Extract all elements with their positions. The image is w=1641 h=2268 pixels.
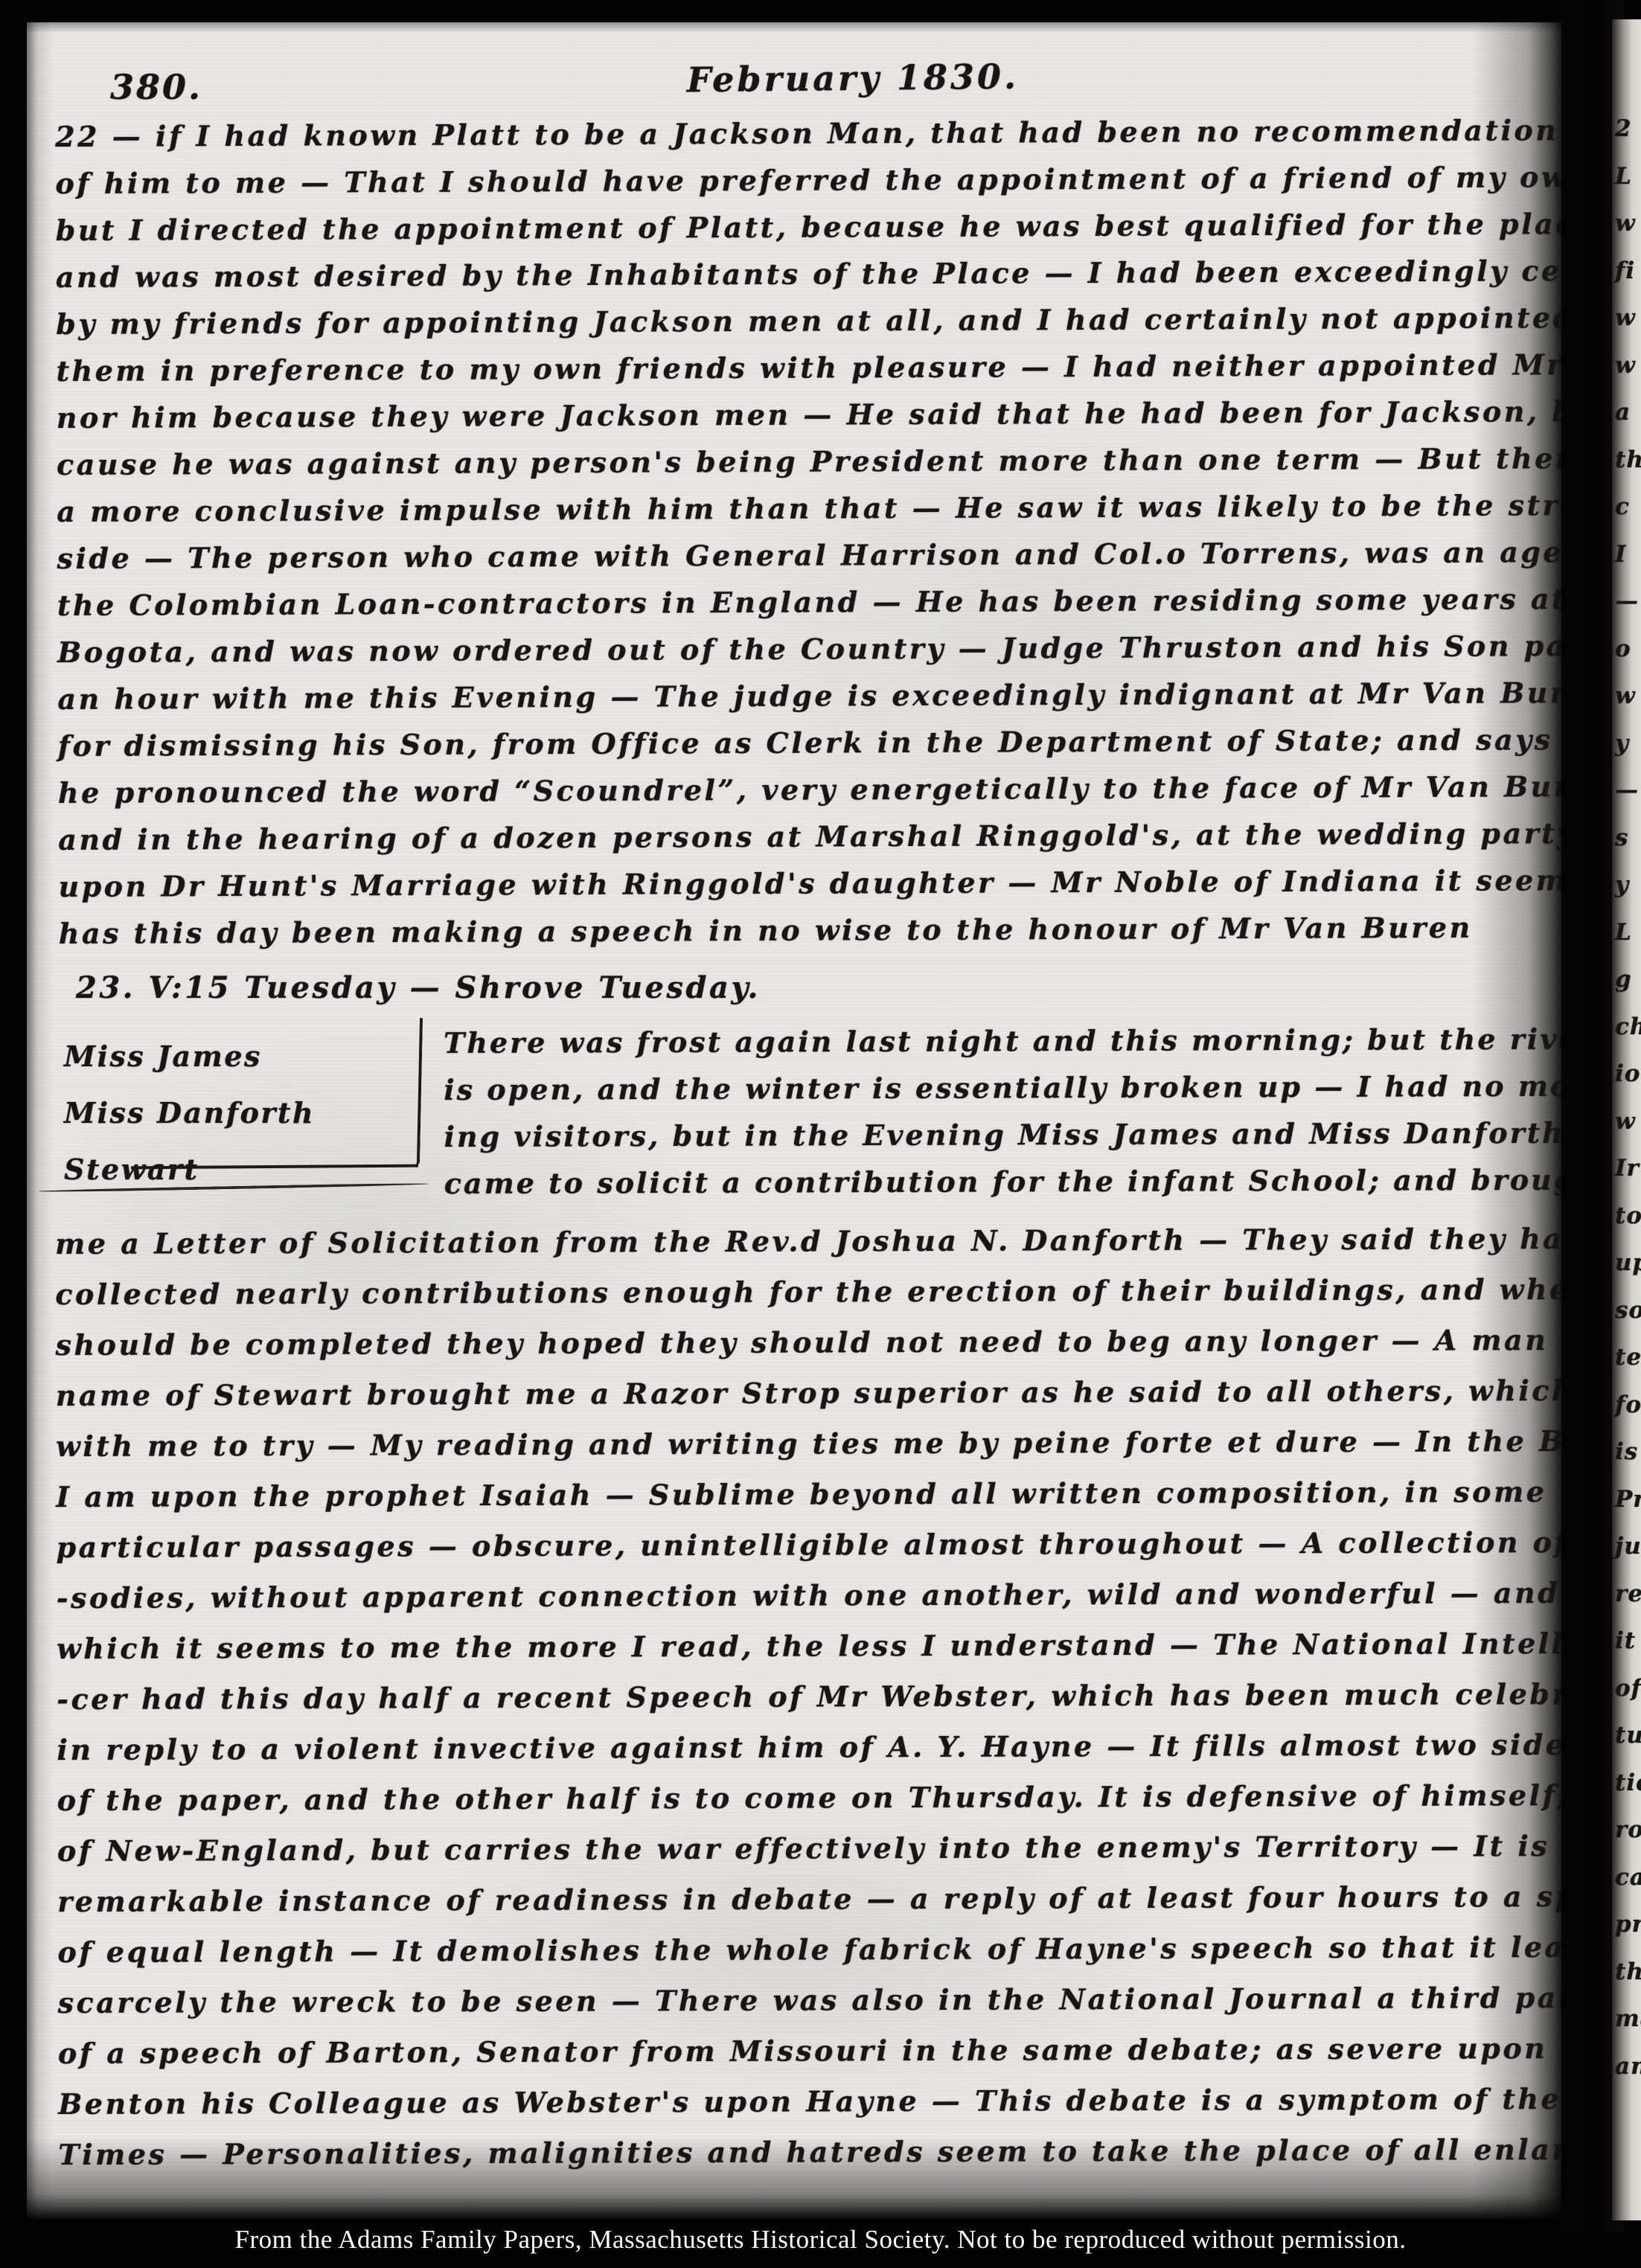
facing-page-fragment: to-: [1615, 1193, 1641, 1240]
manuscript-line: of the paper, and the other half is to c…: [57, 1770, 1553, 1826]
manuscript-line: of him to me — That I should have prefer…: [55, 153, 1551, 207]
manuscript-line: should be completed they hoped they shou…: [55, 1315, 1551, 1371]
manuscript-line: particular passages — obscure, unintelli…: [56, 1517, 1552, 1573]
manuscript-line: remarkable instance of readiness in deba…: [57, 1871, 1553, 1927]
facing-page-fragment: is N: [1615, 1429, 1641, 1476]
archival-photo: 380. February 1830. 22 — if I had known …: [0, 0, 1641, 2268]
manuscript-line: name of Stewart brought me a Razor Strop…: [56, 1365, 1552, 1421]
manuscript-line: side — The person who came with General …: [57, 528, 1552, 582]
manuscript-line: 22 — if I had known Platt to be a Jackso…: [55, 106, 1551, 160]
facing-page-fragment: a: [1615, 389, 1641, 437]
manuscript-line: in reply to a violent invective against …: [57, 1720, 1552, 1775]
facing-page-fragment: L: [1615, 153, 1641, 201]
facing-page-fragment: —: [1615, 767, 1641, 815]
manuscript-line: but I directed the appointment of Platt,…: [56, 200, 1552, 254]
facing-page-fragment: w: [1615, 342, 1641, 390]
manuscript-line: of a speech of Barton, Senator from Miss…: [58, 2023, 1554, 2079]
facing-page-fragment: g: [1615, 956, 1641, 1004]
manuscript-line: Times — Personalities, malignities and h…: [58, 2124, 1554, 2180]
manuscript-line: is open, and the winter is essentially b…: [444, 1063, 1552, 1113]
facing-page-fragment: ch: [1615, 1004, 1641, 1051]
facing-page-fragment: tu: [1615, 1712, 1641, 1760]
manuscript-line: came to solicit a contribution for the i…: [444, 1156, 1553, 1207]
page-number: 380.: [110, 67, 202, 107]
manuscript-line: with me to try — My reading and writing …: [56, 1416, 1552, 1472]
manuscript-line: a more conclusive impulse with him than …: [57, 481, 1552, 535]
facing-page-fragment: w: [1615, 1098, 1641, 1146]
facing-page-fragment: th: [1615, 437, 1641, 484]
facing-page-fragment: up: [1615, 1240, 1641, 1287]
manuscript-line: -cer had this day half a recent Speech o…: [57, 1669, 1552, 1725]
facing-page-fragment: o: [1615, 626, 1641, 673]
manuscript-line: upon Dr Hunt's Marriage with Ringgold's …: [58, 856, 1554, 910]
manuscript-line: I am upon the prophet Isaiah — Sublime b…: [56, 1467, 1552, 1522]
manuscript-page-scan: 380. February 1830. 22 — if I had known …: [27, 22, 1561, 2219]
facing-page-fragment: so: [1615, 1287, 1641, 1335]
facing-page-fragment: Ir: [1615, 1145, 1641, 1193]
facing-page-fragment: io: [1615, 1051, 1641, 1098]
manuscript-line: me a Letter of Solicitation from the Rev…: [55, 1214, 1551, 1269]
manuscript-line: Bogota, and was now ordered out of the C…: [57, 622, 1553, 676]
facing-page-fragment: 2: [1615, 106, 1641, 153]
manuscript-line: has this day been making a speech in no …: [59, 903, 1555, 957]
manuscript-line: he pronounced the word “Scoundrel”, very…: [58, 763, 1554, 816]
manuscript-line: -sodies, without apparent connection wit…: [57, 1568, 1552, 1624]
facing-page-fragment: w: [1615, 295, 1641, 342]
manuscript-line: scarcely the wreck to be seen — There wa…: [58, 1973, 1554, 2028]
facing-page-fragment: fo: [1615, 1382, 1641, 1429]
manuscript-line: of New-England, but carries the war effe…: [57, 1821, 1553, 1877]
facing-page-fragment: tie: [1615, 1760, 1641, 1807]
date-heading: February 1830.: [637, 56, 1069, 100]
facing-page-fragment: rog: [1615, 1807, 1641, 1854]
manuscript-line: for dismissing his Son, from Office as C…: [58, 716, 1554, 769]
manuscript-line: Benton his Colleague as Webster's upon H…: [58, 2074, 1554, 2130]
facing-page-fragment: tho: [1615, 1949, 1641, 1996]
manuscript-line: collected nearly contributions enough fo…: [55, 1264, 1551, 1320]
facing-page-fragment: w: [1615, 200, 1641, 248]
margin-bracket-vertical-line: [412, 1018, 423, 1167]
facing-page-fragment: it t: [1615, 1618, 1641, 1665]
manuscript-line: them in preference to my own friends wit…: [56, 341, 1552, 394]
facing-page-edge: 2LwfiwwathcI—owy—syLgchiowIrto-upsoterfo…: [1612, 19, 1641, 2220]
manuscript-line: of equal length — It demolishes the whol…: [57, 1922, 1553, 1978]
archive-credit-caption: From the Adams Family Papers, Massachuse…: [0, 2225, 1641, 2255]
margin-note: Miss Danforth: [64, 1085, 315, 1141]
facing-page-fragment: of: [1615, 1665, 1641, 1713]
facing-page-fragment: s: [1615, 815, 1641, 862]
facing-page-fragment: w: [1615, 673, 1641, 720]
facing-page-fragment: y: [1615, 862, 1641, 909]
manuscript-line: ing visitors, but in the Evening Miss Ja…: [444, 1109, 1552, 1160]
facing-page-fragment: rea: [1615, 1571, 1641, 1618]
facing-page-fragment: L: [1615, 909, 1641, 957]
facing-page-text-fragments: 2LwfiwwathcI—owy—syLgchiowIrto-upsoterfo…: [1615, 106, 1641, 2090]
manuscript-line: the Colombian Loan-contractors in Englan…: [57, 575, 1553, 629]
facing-page-fragment: pr: [1615, 1901, 1641, 1949]
margin-visitor-notes: Miss JamesMiss DanforthStewart: [64, 1028, 315, 1198]
diary-entry-23-indented-paragraph: There was frost again last night and thi…: [444, 1016, 1553, 1207]
facing-page-fragment: an: [1615, 2043, 1641, 2091]
margin-note: Miss James: [64, 1028, 315, 1085]
facing-page-fragment: fi: [1615, 248, 1641, 295]
facing-page-fragment: c: [1615, 484, 1641, 531]
facing-page-fragment: cau: [1615, 1854, 1641, 1902]
facing-page-fragment: I: [1615, 531, 1641, 579]
manuscript-line: an hour with me this Evening — The judge…: [57, 669, 1553, 723]
diary-entry-22-paragraph: 22 — if I had known Platt to be a Jackso…: [55, 106, 1555, 957]
facing-page-fragment: jus: [1615, 1523, 1641, 1571]
manuscript-line: cause he was against any person's being …: [57, 435, 1552, 488]
manuscript-line: which it seems to me the more I read, th…: [57, 1618, 1552, 1674]
facing-page-fragment: —: [1615, 578, 1641, 626]
diary-entry-23-heading: 23. V:15 Tuesday — Shrove Tuesday.: [76, 970, 761, 1005]
manuscript-line: and in the hearing of a dozen persons at…: [58, 810, 1554, 863]
manuscript-line: nor him because they were Jackson men — …: [57, 388, 1552, 441]
facing-page-fragment: ter: [1615, 1334, 1641, 1382]
manuscript-line: by my friends for appointing Jackson men…: [56, 294, 1552, 347]
facing-page-fragment: Pro: [1615, 1476, 1641, 1524]
manuscript-line: There was frost again last night and thi…: [444, 1016, 1552, 1066]
diary-entry-23-paragraph: me a Letter of Solicitation from the Rev…: [55, 1214, 1554, 2180]
facing-page-fragment: y: [1615, 720, 1641, 768]
manuscript-line: and was most desired by the Inhabitants …: [56, 247, 1552, 301]
facing-page-fragment: ma: [1615, 1996, 1641, 2043]
